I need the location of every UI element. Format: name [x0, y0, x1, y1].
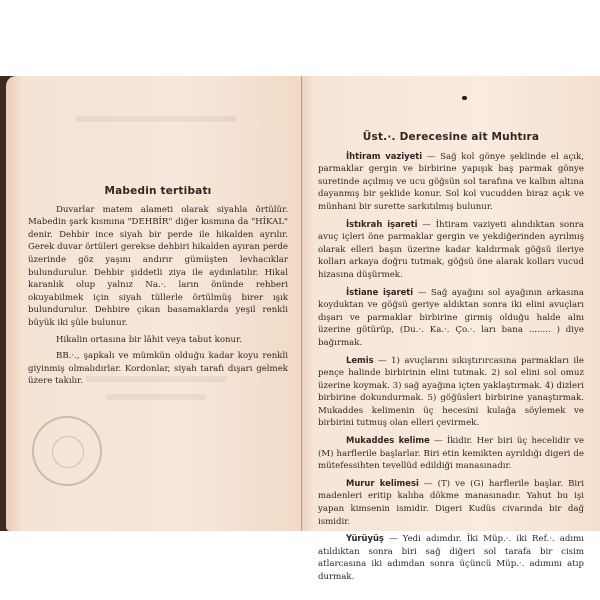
- entry-term: Lemis: [346, 355, 374, 365]
- right-page-text: Üst.·. Derecesine ait Muhtıra İhtiram va…: [318, 131, 584, 588]
- ink-mark: [462, 96, 467, 100]
- entry-term: Yürüyüş: [346, 533, 384, 543]
- entry-text: — 1) avuçlarını sıkıştırırcasına parmakl…: [318, 356, 584, 429]
- entry: İstiane işareti — Sağ ayağını sol ayağın…: [318, 286, 584, 350]
- right-page: Üst.·. Derecesine ait Muhtıra İhtiram va…: [302, 76, 600, 531]
- show-through-text: [76, 116, 236, 122]
- entry: Lemis — 1) avuçlarını sıkıştırırcasına p…: [318, 354, 584, 431]
- entry-term: Mukaddes kelime: [346, 435, 430, 445]
- left-page-text: Mabedin tertibatı Duvarlar matem alameti…: [28, 185, 288, 392]
- open-book: Mabedin tertibatı Duvarlar matem alameti…: [0, 76, 600, 531]
- section-heading: Üst.·. Derecesine ait Muhtıra: [318, 131, 584, 144]
- entry: İhtiram vaziyeti — Sağ kol gönye şeklind…: [318, 150, 584, 214]
- section-heading: Mabedin tertibatı: [28, 185, 288, 198]
- left-page: Mabedin tertibatı Duvarlar matem alameti…: [6, 76, 302, 531]
- entry-term: İhtiram vaziyeti: [346, 151, 422, 161]
- paragraph: Hikalin ortasına bir lâhit veya tabut ko…: [28, 334, 288, 347]
- entry-term: İstıkrah işareti: [346, 219, 417, 229]
- paragraph: BB.·., şapkalı ve mümkün olduğu kadar ko…: [28, 350, 288, 388]
- entry: Yürüyüş — Yedi adımdır. İki Müp.·. iki R…: [318, 532, 584, 583]
- entry: Mukaddes kelime — İkidir. Her biri üç he…: [318, 434, 584, 473]
- entry: Murur kelimesi — (T) ve (G) harflerile b…: [318, 477, 584, 528]
- entry-term: Murur kelimesi: [346, 478, 419, 488]
- show-through-text: [106, 394, 206, 400]
- library-stamp-icon: [32, 416, 102, 486]
- entry: İstıkrah işareti — İhtiram vaziyeti alın…: [318, 218, 584, 282]
- paragraph: Duvarlar matem alameti olarak siyahla ör…: [28, 204, 288, 330]
- entry-term: İstiane işareti: [346, 287, 413, 297]
